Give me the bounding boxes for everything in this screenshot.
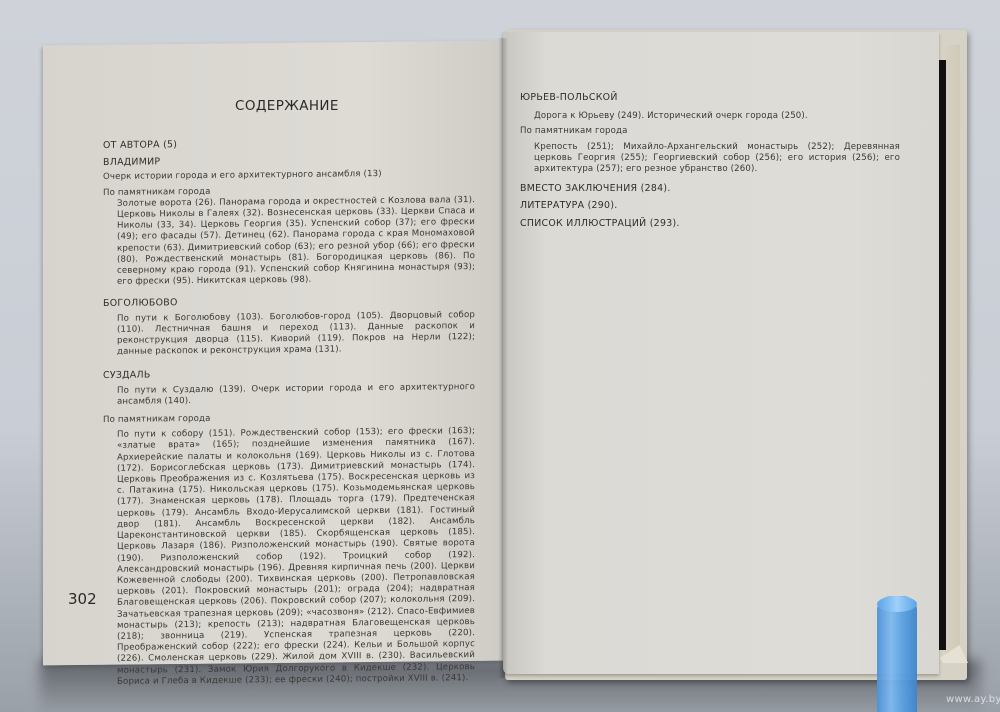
page-number: 302 <box>68 590 97 608</box>
toc-title: СОДЕРЖАНИЕ <box>235 98 339 114</box>
toc-section-heading: СУЗДАЛЬ <box>103 367 475 382</box>
toc-entry-body: Дорога к Юрьеву (249). Исторический очер… <box>534 111 900 122</box>
watermark: www.ay.by <box>946 694 1000 705</box>
toc-section-heading: БОГОЛЮБОВО <box>103 294 475 309</box>
toc-left-column: ОТ АВТОРА (5) ВЛАДИМИР Очерк истории гор… <box>103 130 475 688</box>
toc-line: Очерк истории города и его архитектурног… <box>103 168 475 183</box>
blue-pen <box>877 596 917 712</box>
toc-entry-body: Крепость (251); Михайло-Архангельский мо… <box>534 142 900 176</box>
toc-section-heading: ВЛАДИМИР <box>103 153 475 168</box>
toc-section-heading: ОТ АВТОРА (5) <box>103 136 475 151</box>
book-page-edge <box>938 60 946 650</box>
toc-section-heading: ЮРЬЕВ-ПОЛЬСКОЙ <box>520 92 900 103</box>
toc-entry-body: По пути к Боголюбову (103). Боголюбов-го… <box>117 310 475 359</box>
toc-entry-body: Золотые ворота (26). Панорама города и о… <box>117 195 475 288</box>
toc-subheading: По памятникам города <box>103 411 475 426</box>
toc-entry-body: По пути к собору (151). Рождественский с… <box>117 426 475 687</box>
toc-entry-body: По пути к Суздалю (139). Очерк истории г… <box>117 382 475 408</box>
book-gutter <box>498 38 508 678</box>
toc-section-heading: ЛИТЕРАТУРА (290). <box>520 200 900 211</box>
toc-section-heading: СПИСОК ИЛЛЮСТРАЦИЙ (293). <box>520 218 900 229</box>
toc-section-heading: ВМЕСТО ЗАКЛЮЧЕНИЯ (284). <box>520 183 900 194</box>
toc-subheading: По памятникам города <box>520 126 900 137</box>
pen-cap <box>877 596 917 612</box>
toc-right-column: ЮРЬЕВ-ПОЛЬСКОЙ Дорога к Юрьеву (249). Ис… <box>520 86 900 229</box>
